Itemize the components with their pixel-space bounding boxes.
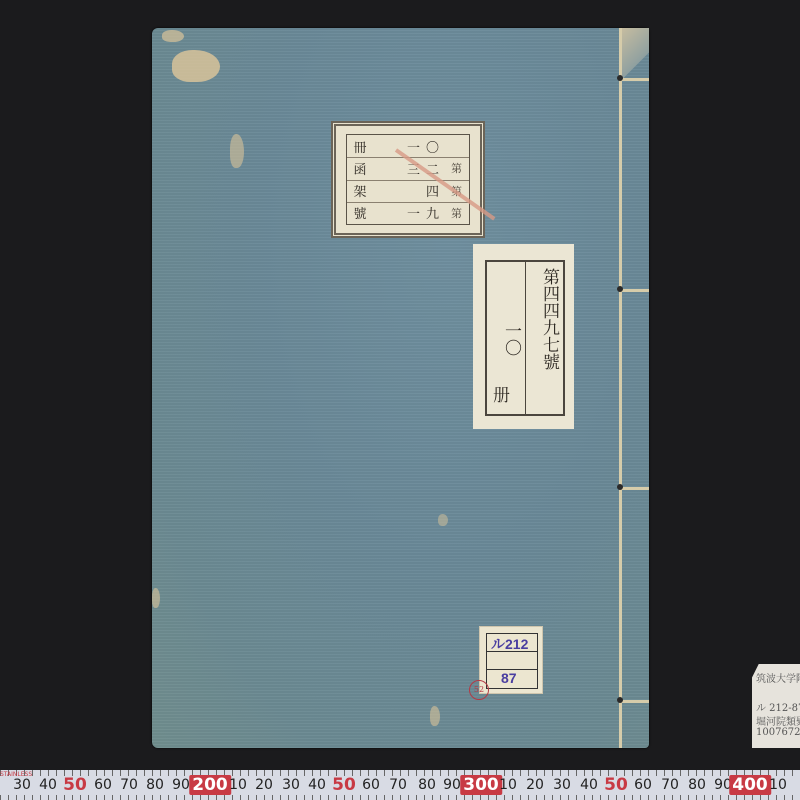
ruler-tick-label: 80: [146, 777, 164, 793]
item-number: 第四四九七號: [529, 268, 559, 370]
binding-hole: [617, 697, 623, 703]
ruler-tick-label: 40: [580, 777, 598, 793]
ruler-tick-label: 400: [729, 775, 771, 795]
ruler-tick-label: 300: [460, 775, 502, 795]
volume-count: 一〇: [493, 322, 521, 356]
number-label-divider: [525, 262, 526, 414]
ruler-tick-label: 10: [229, 777, 247, 793]
library-barcode: 10076722453: [756, 727, 800, 738]
ruler-tick-label: 80: [688, 777, 706, 793]
paper-stain: [230, 134, 244, 168]
number-label: 第四四九七號 一〇 册: [473, 244, 574, 429]
ruler-tick-label: 70: [389, 777, 407, 793]
ruler-ticks: [0, 795, 800, 800]
catalog-value: 四: [373, 181, 451, 200]
paper-stain: [152, 588, 160, 608]
library-tag: 筑波大学附属 ル 212-87 堀河院類聚百 10076722453: [752, 664, 800, 748]
ruler-tick-label: 30: [282, 777, 300, 793]
call-number-line2: [487, 652, 537, 670]
catalog-key: 架: [347, 181, 373, 200]
catalog-row: 冊 一〇: [347, 135, 469, 158]
binding-stitch: [621, 700, 649, 703]
ruler-tick-label: 70: [120, 777, 138, 793]
call-number-grid: ル212 87: [486, 633, 538, 689]
ruler-tick-label: 90: [172, 777, 190, 793]
ruler-tick-label: 80: [418, 777, 436, 793]
call-number-label: ル212 87: [479, 626, 543, 694]
ruler-tick-label: 70: [661, 777, 679, 793]
catalog-grid: 冊 一〇 函 三二 第 架 四 第 號 一九 第: [346, 134, 470, 225]
catalog-value: 一〇: [373, 137, 451, 156]
catalog-prefix: 第: [451, 205, 469, 221]
library-call-number: ル 212-87: [756, 699, 800, 714]
paper-stain: [438, 514, 448, 526]
catalog-row: 號 一九 第: [347, 202, 469, 224]
ruler-tick-label: 90: [443, 777, 461, 793]
ruler-tick-label: 200: [189, 775, 231, 795]
catalog-key: 函: [347, 159, 373, 178]
ruler-tick-label: 20: [255, 777, 273, 793]
catalog-key: 號: [347, 203, 373, 222]
ruler-tick-label: 10: [769, 777, 787, 793]
ruler-tick-label: 30: [553, 777, 571, 793]
binding-thread: [619, 28, 622, 748]
catalog-value: 一九: [373, 203, 451, 222]
binding-stitch: [621, 289, 649, 292]
catalog-prefix: 第: [451, 160, 469, 176]
ruler-tick-label: 60: [634, 777, 652, 793]
binding-stitch: [621, 487, 649, 490]
ruler-tick-label: 50: [604, 775, 628, 795]
catalog-label: 冊 一〇 函 三二 第 架 四 第 號 一九 第: [331, 121, 485, 238]
ruler-tick-label: 60: [94, 777, 112, 793]
ruler-tick-label: 20: [526, 777, 544, 793]
ruler-tick-label: 50: [63, 775, 87, 795]
ruler-tick-label: 40: [39, 777, 57, 793]
call-number-line3: 87: [487, 670, 537, 688]
binding-hole: [617, 75, 623, 81]
ruler-tick-label: 10: [499, 777, 517, 793]
catalog-key: 冊: [347, 137, 373, 156]
ruler-tick-label: 30: [13, 777, 31, 793]
ruler-tick-label: 50: [332, 775, 356, 795]
ruler-tick-label: 40: [308, 777, 326, 793]
measuring-ruler: STAINLESS 304050607080902001020304050607…: [0, 770, 800, 800]
red-circle-stamp: 52: [469, 680, 489, 700]
ruler-tick-label: 60: [362, 777, 380, 793]
number-label-frame: 第四四九七號 一〇 册: [485, 260, 565, 416]
library-title: 堀河院類聚百: [756, 713, 800, 728]
binding-stitch: [621, 78, 649, 81]
paper-stain: [172, 50, 220, 82]
paper-stain: [162, 30, 184, 42]
binding-hole: [617, 286, 623, 292]
library-institution: 筑波大学附属: [756, 670, 800, 685]
call-number-line1: ル212: [487, 634, 537, 652]
volume-unit: 册: [493, 381, 521, 406]
binding-hole: [617, 484, 623, 490]
paper-stain: [430, 706, 440, 726]
